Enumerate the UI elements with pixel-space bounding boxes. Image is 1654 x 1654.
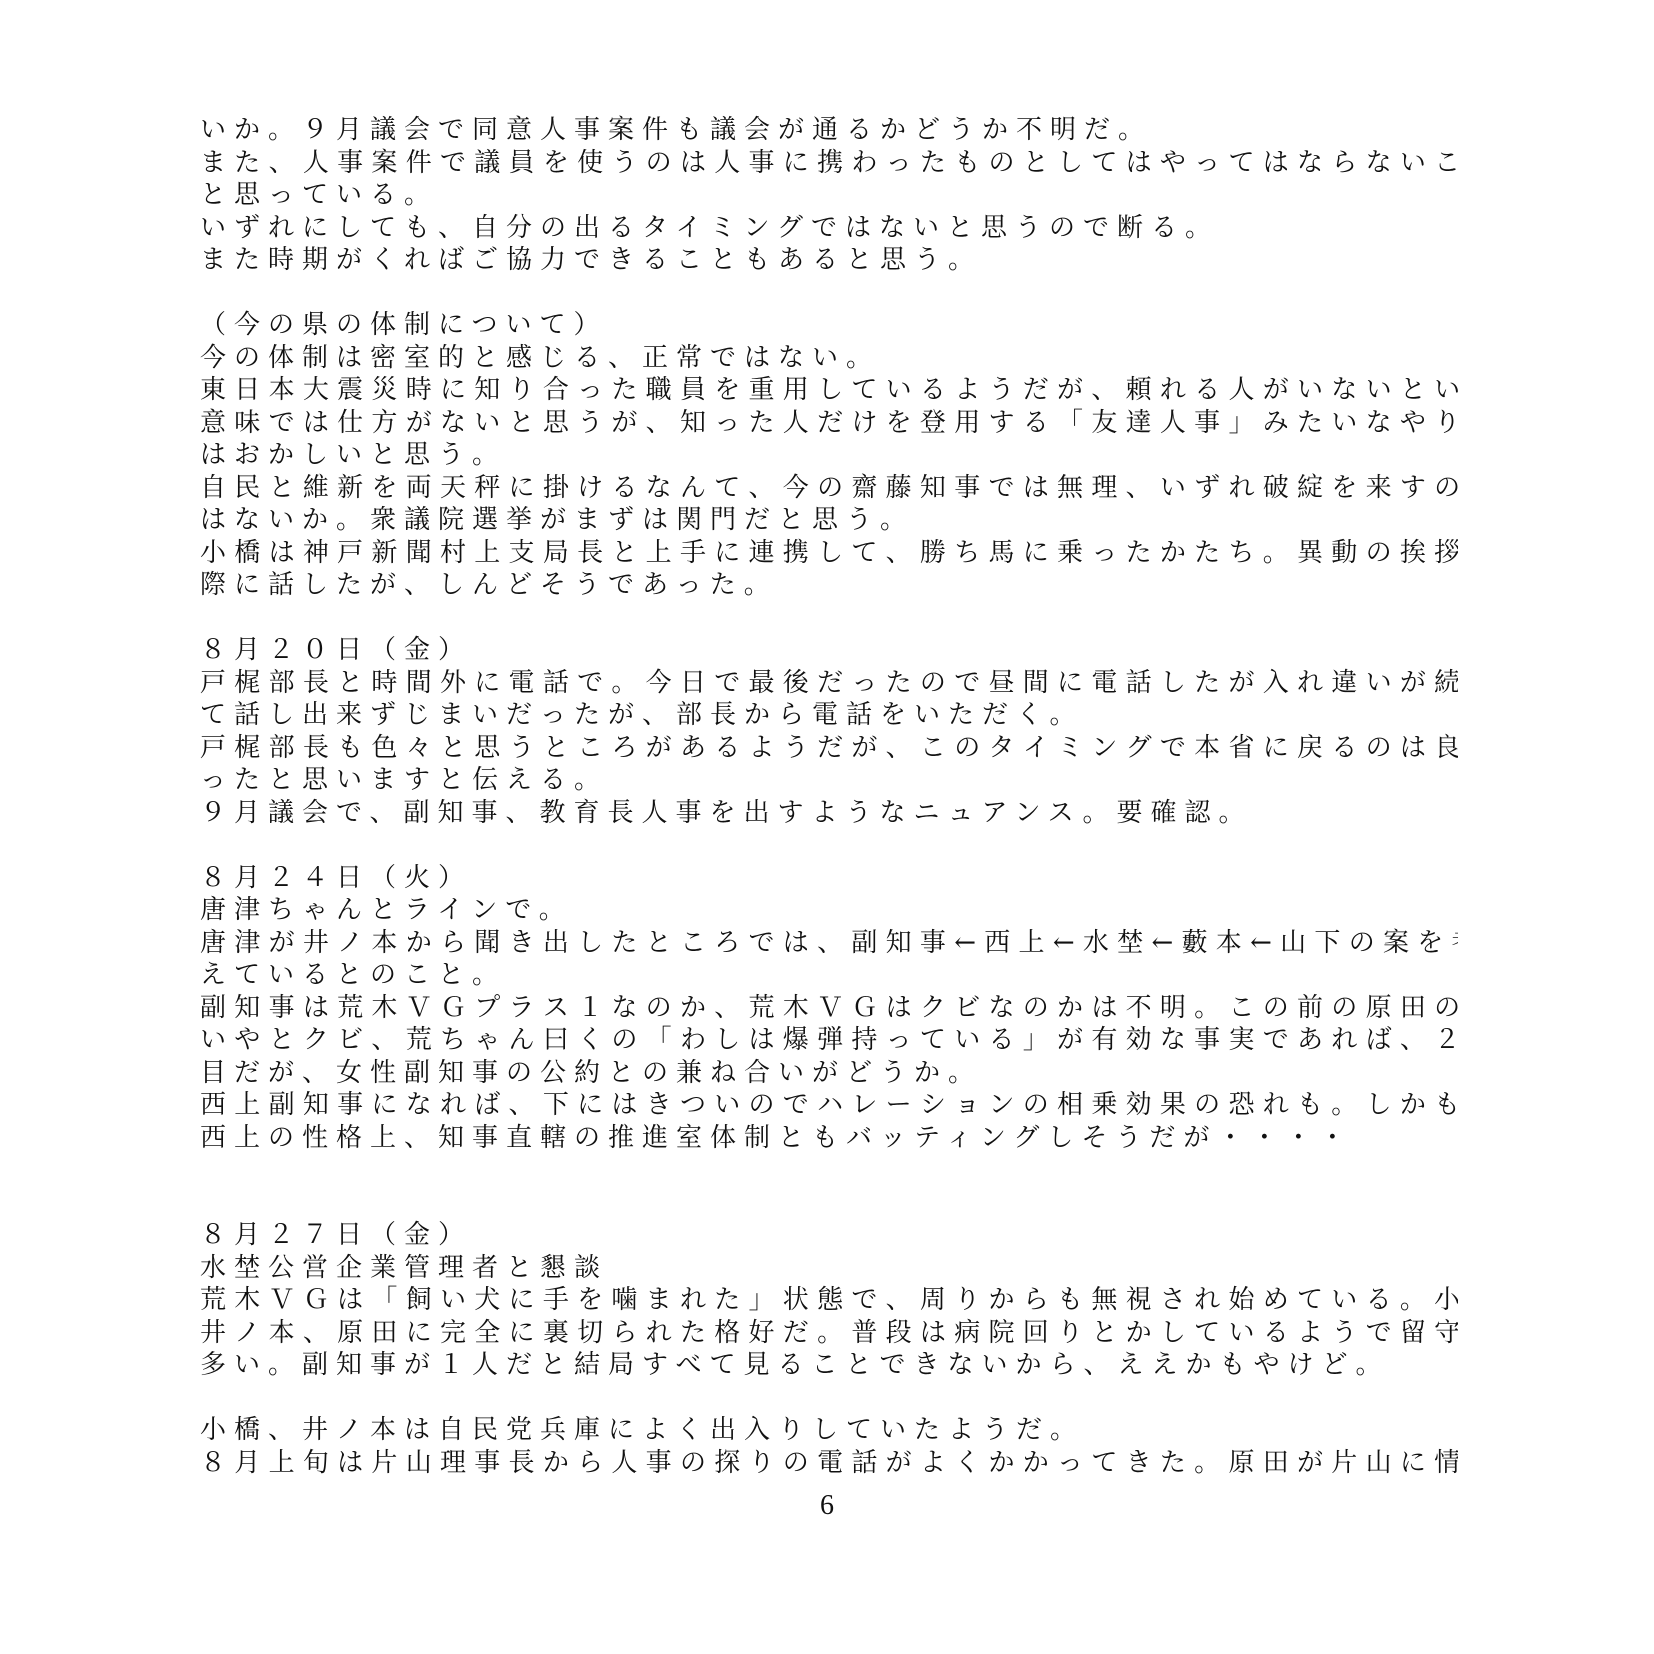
glyph: 人 [714,148,740,178]
glyph: 小 [1434,1285,1458,1315]
glyph: な [1366,148,1392,178]
glyph: っ [577,375,603,405]
glyph: 携 [817,148,843,178]
glyph: 井 [200,1318,226,1348]
glyph: の [611,1025,637,1055]
page-number: 6 [0,1490,1654,1522]
glyph: 案 [1383,928,1409,958]
glyph: 乗 [1091,1090,1117,1120]
glyph: つ [680,1090,706,1120]
glyph: し [1366,1090,1392,1120]
glyph: 支 [509,538,535,568]
glyph: 情 [1434,1448,1458,1478]
glyph: 普 [851,1318,877,1348]
glyph: ん [509,1025,535,1055]
glyph: 長 [509,1448,535,1478]
glyph: だ [817,733,843,763]
glyph: と [509,408,535,438]
glyph: の [1366,538,1392,568]
glyph: の [1263,993,1289,1023]
glyph: の [1194,1090,1220,1120]
glyph: け [851,408,877,438]
glyph: シ [920,1090,946,1120]
glyph: ハ [817,1090,843,1120]
glyph: 事 [920,928,946,958]
blank-line [200,829,1458,862]
glyph: 人 [1160,408,1186,438]
glyph: 切 [577,1318,603,1348]
glyph: て [920,1025,946,1055]
glyph: 田 [371,1318,397,1348]
glyph: 民 [234,473,260,503]
glyph: 西 [200,1090,226,1120]
glyph: 長 [303,733,329,763]
glyph: で [577,668,603,698]
glyph: 効 [1126,1090,1152,1120]
glyph: で [749,928,775,958]
text-line: ８ 月 上 旬 は 片 山 理 事 長 か ら 人 事 の 探 り の 電 話 … [200,1447,1458,1480]
glyph: る [1331,733,1357,763]
glyph: は [303,408,329,438]
glyph: ち [954,538,980,568]
glyph: た [680,1318,706,1348]
glyph: き [509,928,535,958]
glyph: と [440,733,466,763]
glyph: ← [1151,928,1173,958]
glyph: で [1160,733,1186,763]
glyph: Ｇ [440,993,466,1023]
glyph: 無 [1057,473,1083,503]
glyph: る [1263,1318,1289,1348]
glyph: っ [1194,148,1220,178]
glyph: が [1400,668,1426,698]
glyph: 上 [1019,928,1045,958]
glyph: 水 [1083,928,1109,958]
glyph: 梶 [234,733,260,763]
glyph: 上 [234,1090,260,1120]
glyph: い [440,1285,466,1315]
glyph: り [1434,408,1458,438]
glyph: 藤 [886,473,912,503]
glyph: ー [886,1090,912,1120]
glyph: 事 [474,1448,500,1478]
glyph: ら [611,1318,637,1348]
glyph: ゃ [474,1025,500,1055]
glyph: 友 [1091,408,1117,438]
glyph: Ｖ [269,1285,295,1315]
text-line: 戸 梶 部 長 も 色 々 と 思 う と こ ろ が あ る よ う だ が … [200,732,1458,765]
glyph: 神 [303,538,329,568]
glyph: 。 [1331,1090,1357,1120]
glyph: レ [851,1090,877,1120]
glyph: な [406,1090,432,1120]
glyph: も [1297,1090,1323,1120]
glyph: 秤 [474,473,500,503]
glyph: か [1023,1448,1049,1478]
glyph: 下 [543,1090,569,1120]
glyph: 山 [1280,928,1306,958]
glyph: は [1263,148,1289,178]
glyph: 全 [474,1318,500,1348]
glyph: 田 [1263,1448,1289,1478]
glyph: の [817,473,843,503]
glyph: 入 [1263,668,1289,698]
glyph: い [954,1025,980,1055]
glyph: こ [680,928,706,958]
glyph: 荒 [406,1025,432,1055]
glyph: や [1400,408,1426,438]
glyph: よ [749,733,775,763]
glyph: 山 [406,1448,432,1478]
glyph: 挨 [1400,538,1426,568]
glyph: 本 [269,1318,295,1348]
glyph: 味 [234,408,260,438]
glyph: い [200,1025,226,1055]
glyph: 話 [851,1448,877,1478]
glyph: 登 [920,408,946,438]
glyph: を [886,408,912,438]
glyph: 爆 [783,1025,809,1055]
glyph: い [1434,375,1458,405]
glyph: 木 [371,993,397,1023]
glyph: 戸 [337,538,363,568]
glyph: 始 [1228,1285,1254,1315]
glyph: 本 [269,375,295,405]
glyph: 東 [200,375,226,405]
glyph: ラ [509,993,535,1023]
glyph: は [1023,473,1049,503]
glyph: イ [1023,733,1049,763]
glyph: Ｇ [303,1285,329,1315]
blank-line [200,602,1458,635]
glyph: に [1057,668,1083,698]
glyph: が [851,733,877,763]
glyph: り [749,1448,775,1478]
glyph: は [303,993,329,1023]
glyph: 重 [749,375,775,405]
glyph: 間 [1023,668,1049,698]
glyph: け [577,473,603,503]
glyph: 、 [886,1285,912,1315]
glyph: て [714,473,740,503]
glyph: 恐 [1228,1090,1254,1120]
glyph: の [1331,993,1357,1023]
glyph: し [577,928,603,958]
glyph: れ [646,1318,672,1348]
glyph: な [646,473,672,503]
glyph: わ [851,148,877,178]
glyph: い [1331,408,1357,438]
glyph: Ｖ [817,993,843,1023]
document-page: いか。９月議会で同意人事案件も議会が通るかどうか不明だ。ま た 、 人 事 案 … [0,0,1654,1654]
glyph: 旬 [303,1448,329,1478]
glyph: 片 [1331,1448,1357,1478]
glyph: 荒 [337,993,363,1023]
glyph: 本 [1194,733,1220,763]
glyph: の [1349,928,1375,958]
glyph: 事 [1194,408,1220,438]
glyph: 事 [954,473,980,503]
glyph: 日 [234,375,260,405]
glyph: た [1297,408,1323,438]
glyph: れ [1331,1025,1357,1055]
glyph: ん [680,473,706,503]
text-line: ８月２７日（金） [200,1219,1458,1252]
glyph: 戻 [1297,733,1323,763]
glyph: あ [1297,1025,1323,1055]
text-line: 目だが、女性副知事の公約との兼ね合いがどうか。 [200,1057,1458,1090]
glyph: 」 [1023,1025,1049,1055]
glyph: あ [680,733,706,763]
glyph: に [474,668,500,698]
glyph: 達 [1126,408,1152,438]
glyph: 病 [954,1318,980,1348]
glyph: タ [988,733,1014,763]
glyph: 噛 [611,1285,637,1315]
glyph: ち [440,1025,466,1055]
glyph: と [337,668,363,698]
text-line: 唐 津 が 井 ノ 本 か ら 聞 き 出 し た と こ ろ で は 、 副 … [200,927,1458,960]
glyph: 部 [269,733,295,763]
glyph: 。 [611,668,637,698]
glyph: も [337,733,363,763]
glyph: 上 [646,538,672,568]
text-line: 多い。副知事が１人だと結局すべて見ることできないから、ええかもやけど。 [200,1349,1458,1382]
glyph: も [1434,1090,1458,1120]
glyph: と [543,733,569,763]
glyph: で [714,668,740,698]
text-line: 小 橋 は 神 戸 新 聞 村 上 支 局 長 と 上 手 に 連 携 し て … [200,537,1458,570]
glyph: で [783,1090,809,1120]
text-line: 自 民 と 維 新 を 両 天 秤 に 掛 け る な ん て 、 今 の 齋 … [200,472,1458,505]
glyph: れ [680,1285,706,1315]
glyph: ミ [1057,733,1083,763]
glyph: ← [1053,928,1075,958]
glyph: 知 [680,408,706,438]
glyph: と [269,473,295,503]
text-line: 荒 木 Ｖ Ｇ は 「 飼 い 犬 に 手 を 噛 ま れ た 」 状 態 で … [200,1284,1458,1317]
glyph: 小 [200,538,226,568]
glyph: ク [303,1025,329,1055]
glyph: て [1228,148,1254,178]
glyph: 守 [1434,1318,1458,1348]
glyph: 。 [1194,993,1220,1023]
glyph: 明 [1160,993,1186,1023]
glyph: 昼 [988,668,1014,698]
glyph: Ｇ [851,993,877,1023]
glyph: の [954,733,980,763]
glyph: ン [1091,733,1117,763]
glyph: の [646,148,672,178]
glyph: 下 [1314,928,1340,958]
glyph: 。 [817,1318,843,1348]
glyph: と [1023,148,1049,178]
glyph: 埜 [1117,928,1143,958]
glyph: 電 [509,668,535,698]
glyph: の [1434,993,1458,1023]
glyph: め [1263,1285,1289,1315]
glyph: Ｖ [406,993,432,1023]
glyph: た [611,928,637,958]
glyph: 「 [1057,408,1083,438]
glyph: が [406,408,432,438]
glyph: 山 [1366,1448,1392,1478]
glyph: ろ [714,928,740,958]
glyph: の [1023,1090,1049,1120]
glyph: の [1023,993,1049,1023]
glyph: 事 [1194,1025,1220,1055]
glyph: 知 [920,473,946,503]
glyph: ← [954,928,976,958]
glyph: り [509,375,535,405]
glyph: る [1366,1285,1392,1315]
glyph: は [1400,733,1426,763]
glyph: 震 [337,375,363,405]
glyph: る [611,473,637,503]
glyph: か [1400,1090,1426,1120]
text-line: ９月議会で、副知事、教育長人事を出すようなニュアンス。要確認。 [200,797,1458,830]
glyph: 。 [1400,1285,1426,1315]
glyph: ろ [611,733,637,763]
glyph: い [1366,375,1392,405]
glyph: を [1331,473,1357,503]
text-line: 西 上 副 知 事 に な れ ば 、 下 に は き つ い の で ハ レ … [200,1089,1458,1122]
glyph: た [611,375,637,405]
text-line: 水埜公営企業管理者と懇談 [200,1252,1458,1285]
text-line: 意 味 で は 仕 方 が な い と 思 う が 、 知 っ た 人 だ け … [200,407,1458,440]
glyph: 理 [440,1448,466,1478]
glyph: 月 [234,1448,260,1478]
glyph: ば [1366,1025,1392,1055]
glyph: み [1263,408,1289,438]
glyph: っ [851,668,877,698]
blank-line [200,1187,1458,1220]
glyph: の [680,1448,706,1478]
glyph: 橋 [234,538,260,568]
glyph: れ [440,1090,466,1120]
glyph: 無 [1091,1285,1117,1315]
glyph: 、 [817,928,843,958]
glyph: 異 [1297,538,1323,568]
glyph: 留 [1400,1318,1426,1348]
glyph: な [1331,375,1357,405]
glyph: た [920,148,946,178]
glyph: う [509,733,535,763]
glyph: は [783,928,809,958]
glyph: の [1434,473,1458,503]
glyph: て [1091,1448,1117,1478]
glyph: よ [1297,1318,1323,1348]
glyph: た [714,1285,740,1315]
glyph: さ [1160,1285,1186,1315]
glyph: 天 [440,473,466,503]
glyph: く [954,1448,980,1478]
text-line: 唐津ちゃんとラインで。 [200,894,1458,927]
glyph: １ [577,993,603,1023]
glyph: 時 [406,375,432,405]
glyph: 拶 [1434,538,1458,568]
glyph: に [1400,1448,1426,1478]
glyph: 藪 [1182,928,1208,958]
glyph: て [1297,1285,1323,1315]
glyph: 連 [749,538,775,568]
glyph: ← [1250,928,1272,958]
glyph: り [1057,1318,1083,1348]
text-line: はおかしいと思う。 [200,439,1458,472]
glyph: ク [920,993,946,1023]
glyph: 荒 [749,993,775,1023]
glyph: ョ [954,1090,980,1120]
glyph: 時 [371,668,397,698]
glyph: 局 [543,538,569,568]
glyph: に [1263,733,1289,763]
text-line: いずれにしても、自分の出るタイミングではないと思うので断る。 [200,212,1458,245]
glyph: 齋 [851,473,877,503]
glyph: は [1126,148,1152,178]
glyph: 唐 [200,928,226,958]
blank-line [200,277,1458,310]
glyph: た [1194,668,1220,698]
glyph: こ [577,733,603,763]
glyph: っ [714,408,740,438]
text-line: ま た 、 人 事 案 件 で 議 員 を 使 う の は 人 事 に 携 わ … [200,147,1458,180]
glyph: き [1126,1448,1152,1478]
glyph: か [988,1448,1014,1478]
glyph: 馬 [988,538,1014,568]
glyph: し [1160,1318,1186,1348]
text-line: （今の県の体制について） [200,309,1458,342]
glyph: た [886,668,912,698]
glyph: れ [1194,1285,1220,1315]
glyph: 議 [474,148,500,178]
glyph: ま [200,148,226,178]
glyph: 格 [714,1318,740,1348]
glyph: 、 [509,1090,535,1120]
glyph: だ [1023,375,1049,405]
glyph: 津 [234,928,260,958]
glyph: 探 [714,1448,740,1478]
glyph: 人 [783,408,809,438]
glyph: が [269,928,295,958]
glyph: る [920,375,946,405]
glyph: 井 [303,928,329,958]
glyph: か [680,993,706,1023]
glyph: 手 [680,538,706,568]
glyph: ば [474,1090,500,1120]
glyph: 曰 [543,1025,569,1055]
glyph: 用 [954,408,980,438]
glyph: 段 [886,1318,912,1348]
glyph: 思 [474,733,500,763]
glyph: 態 [817,1285,843,1315]
glyph: っ [1057,1448,1083,1478]
glyph: し [1160,668,1186,698]
text-line: 副 知 事 は 荒 木 Ｖ Ｇ プ ラ ス １ な の か 、 荒 木 Ｖ Ｇ … [200,992,1458,1025]
glyph: き [646,1090,672,1120]
glyph: 「 [646,1025,672,1055]
glyph: な [611,993,637,1023]
text-line: いか。９月議会で同意人事案件も議会が通るかどうか不明だ。 [200,114,1458,147]
glyph: が [886,1448,912,1478]
text-line: て話し出来ずじまいだったが、部長から電話をいただく。 [200,699,1458,732]
glyph: い [474,408,500,438]
text-line: ８月２０日（金） [200,634,1458,667]
glyph: 員 [680,375,706,405]
glyph: い [1297,375,1323,405]
glyph: 、 [886,733,912,763]
glyph: に [371,1090,397,1120]
glyph: 荒 [200,1285,226,1315]
